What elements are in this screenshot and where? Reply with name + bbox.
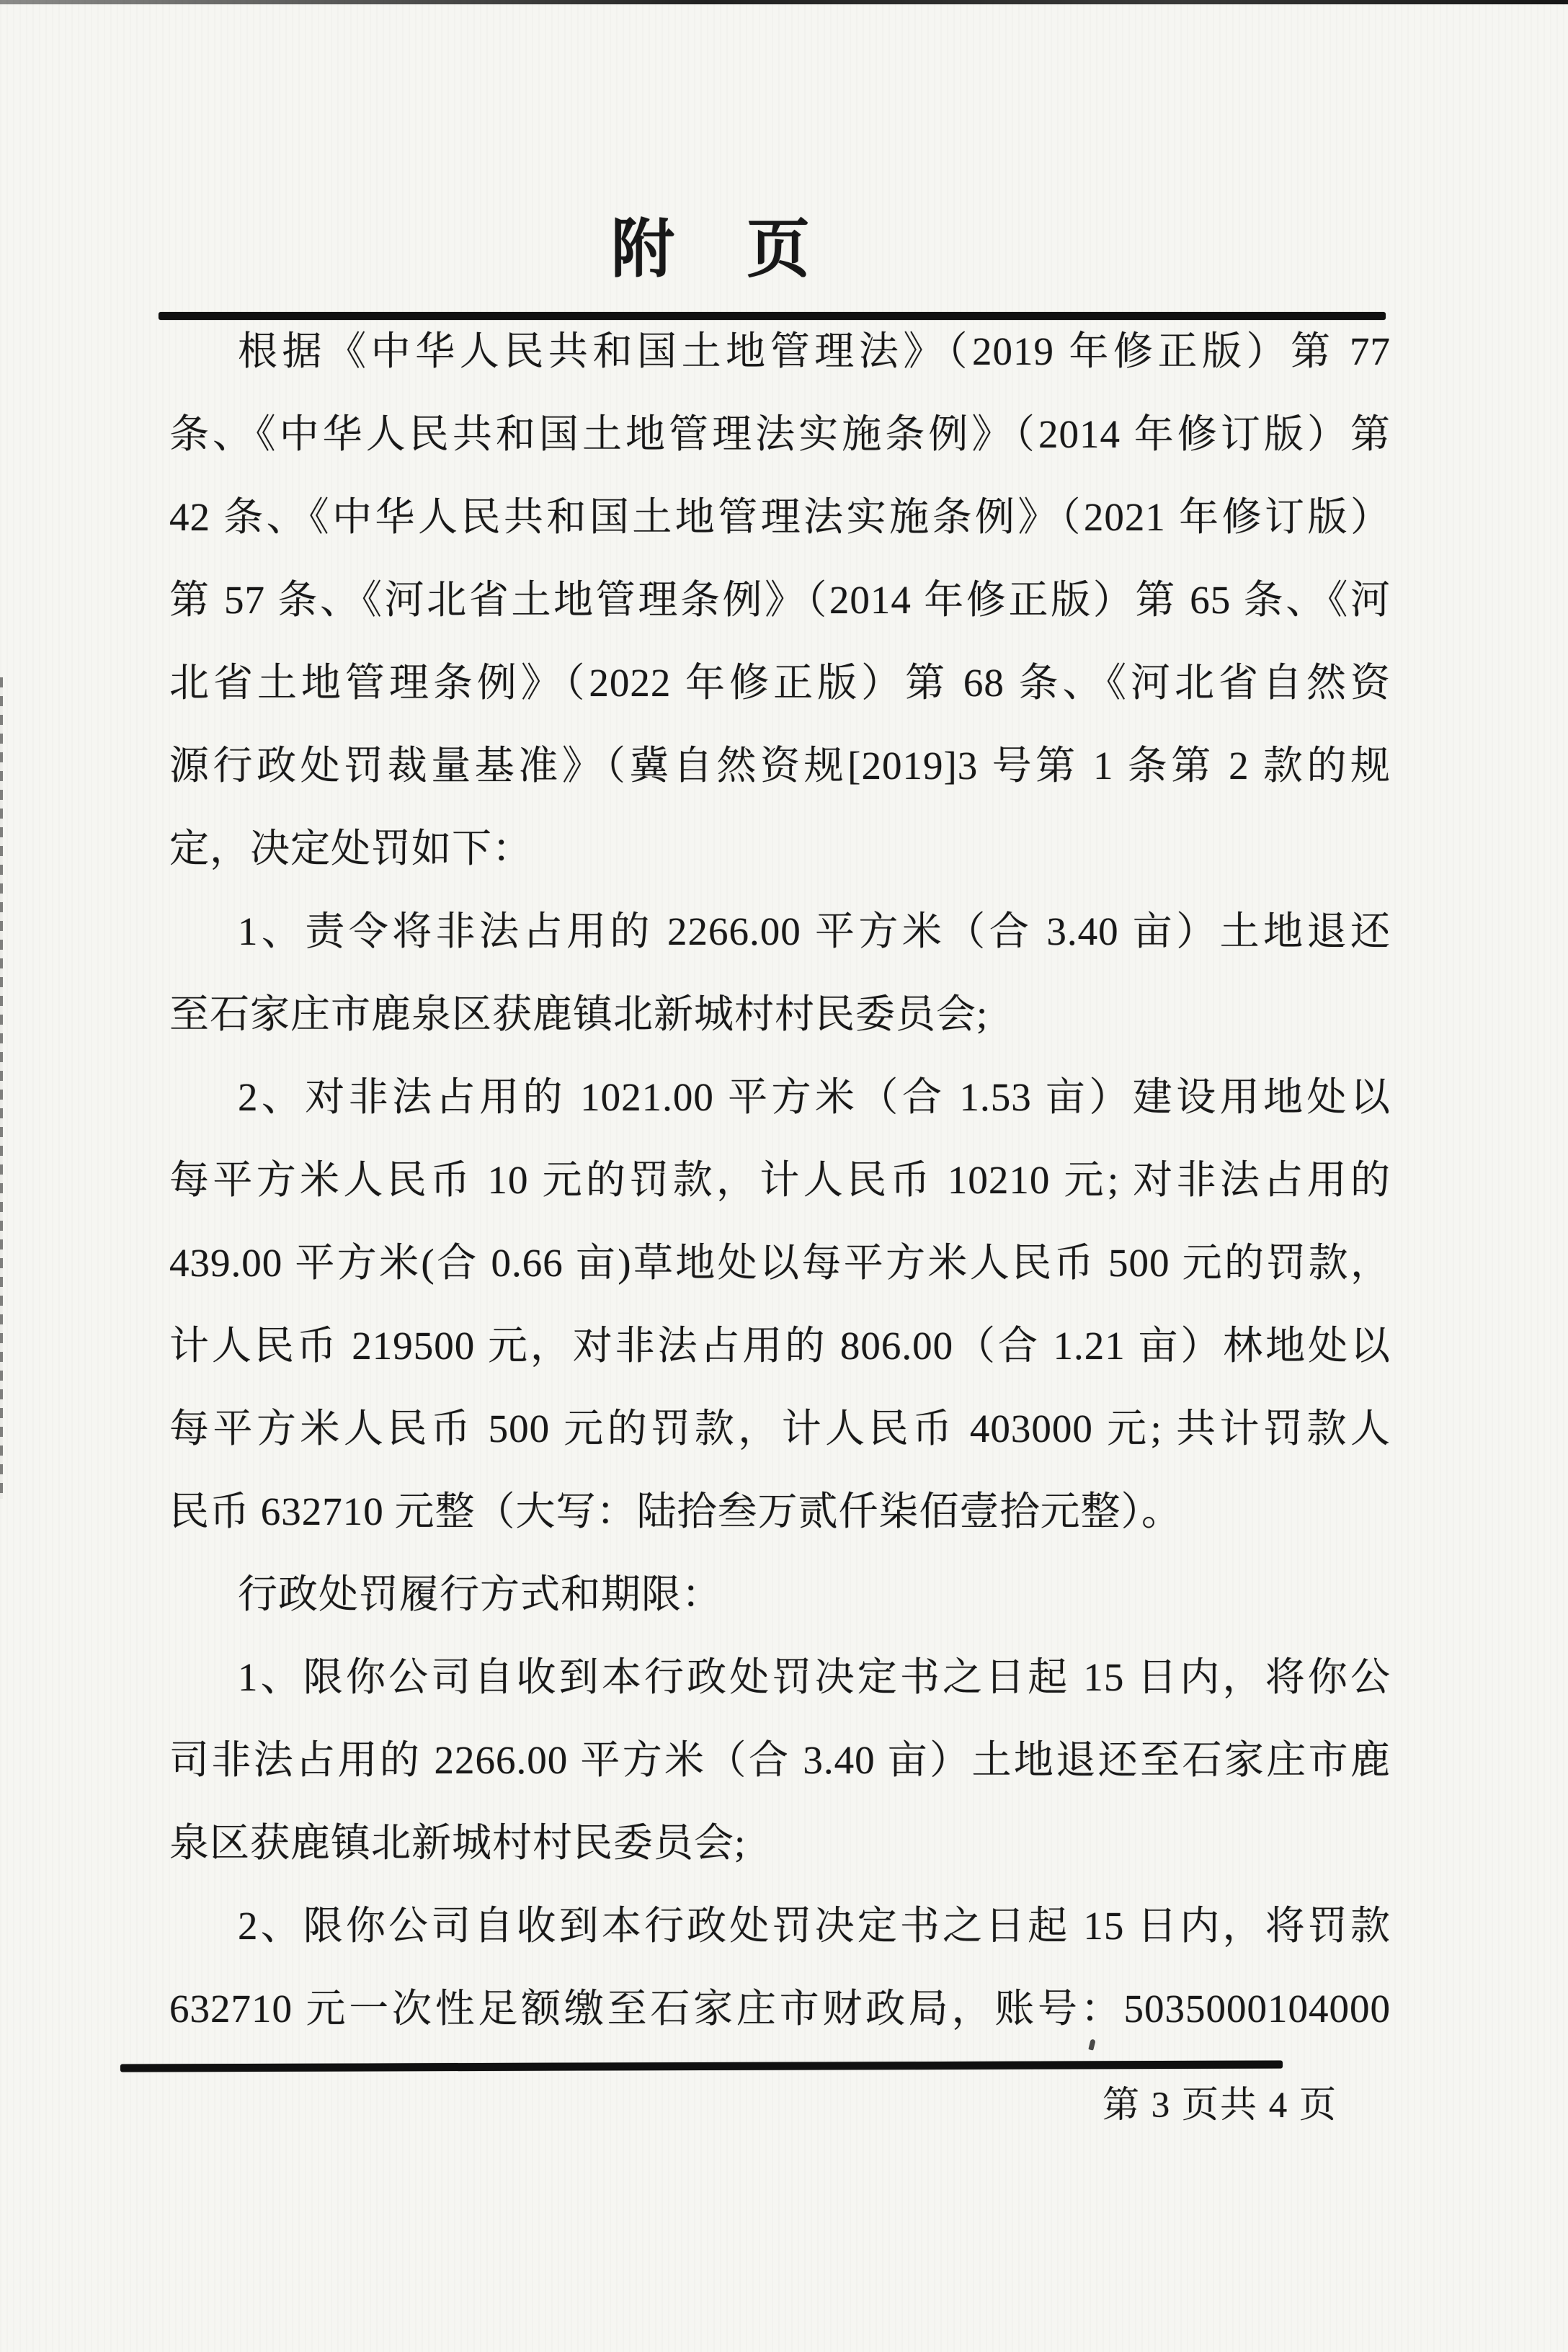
body-line: 行政处罚履行方式和期限： [169, 1553, 1391, 1636]
body-line: 民币 632710 元整（大写：陆拾叁万贰仟柒佰壹拾元整）。 [169, 1470, 1391, 1553]
body-line: 每平方米人民币 500 元的罚款，计人民币 403000 元; 共计罚款人 [169, 1387, 1391, 1470]
document-body: 根据《中华人民共和国土地管理法》（2019 年修正版）第 77 条、《中华人民共… [169, 310, 1391, 2050]
body-line: 定，决定处罚如下： [169, 807, 1391, 890]
body-line: 2、限你公司自收到本行政处罚决定书之日起 15 日内，将罚款 [169, 1884, 1391, 1967]
body-line: 司非法占用的 2266.00 平方米（合 3.40 亩）土地退还至石家庄市鹿 [169, 1719, 1391, 1801]
footer-rule [120, 2060, 1283, 2072]
scan-edge-artifact-top [0, 0, 1568, 4]
body-line: 每平方米人民币 10 元的罚款，计人民币 10210 元; 对非法占用的 [169, 1139, 1391, 1221]
body-line: 632710 元一次性足额缴至石家庄市财政局，账号：5035000104000 [169, 1967, 1391, 2050]
body-line: 42 条、《中华人民共和国土地管理法实施条例》（2021 年修订版） [169, 476, 1391, 558]
body-line: 条、《中华人民共和国土地管理法实施条例》（2014 年修订版）第 [169, 393, 1391, 476]
body-line: 2、对非法占用的 1021.00 平方米（合 1.53 亩）建设用地处以 [169, 1056, 1391, 1139]
body-line: 计人民币 219500 元，对非法占用的 806.00（合 1.21 亩）林地处… [169, 1304, 1391, 1387]
body-line: 根据《中华人民共和国土地管理法》（2019 年修正版）第 77 [169, 310, 1391, 393]
body-line: 第 57 条、《河北省土地管理条例》（2014 年修正版）第 65 条、《河 [169, 558, 1391, 641]
page-title: 附 页 [611, 213, 814, 288]
page-number: 第 3 页共 4 页 [1102, 2077, 1337, 2134]
body-line: 源行政处罚裁量基准》（冀自然资规[2019]3 号第 1 条第 2 款的规 [169, 724, 1391, 807]
scanned-document-page: 附 页 根据《中华人民共和国土地管理法》（2019 年修正版）第 77 条、《中… [0, 0, 1568, 2352]
body-line: 北省土地管理条例》（2022 年修正版）第 68 条、《河北省自然资 [169, 641, 1391, 724]
body-line: 1、责令将非法占用的 2266.00 平方米（合 3.40 亩）土地退还 [169, 890, 1391, 973]
body-line: 439.00 平方米(合 0.66 亩)草地处以每平方米人民币 500 元的罚款… [169, 1221, 1391, 1304]
scan-edge-artifact-left [0, 677, 3, 1499]
body-line: 1、限你公司自收到本行政处罚决定书之日起 15 日内，将你公 [169, 1636, 1391, 1719]
body-line: 泉区获鹿镇北新城村村民委员会; [169, 1801, 1391, 1884]
body-line: 至石家庄市鹿泉区获鹿镇北新城村村民委员会; [169, 973, 1391, 1056]
